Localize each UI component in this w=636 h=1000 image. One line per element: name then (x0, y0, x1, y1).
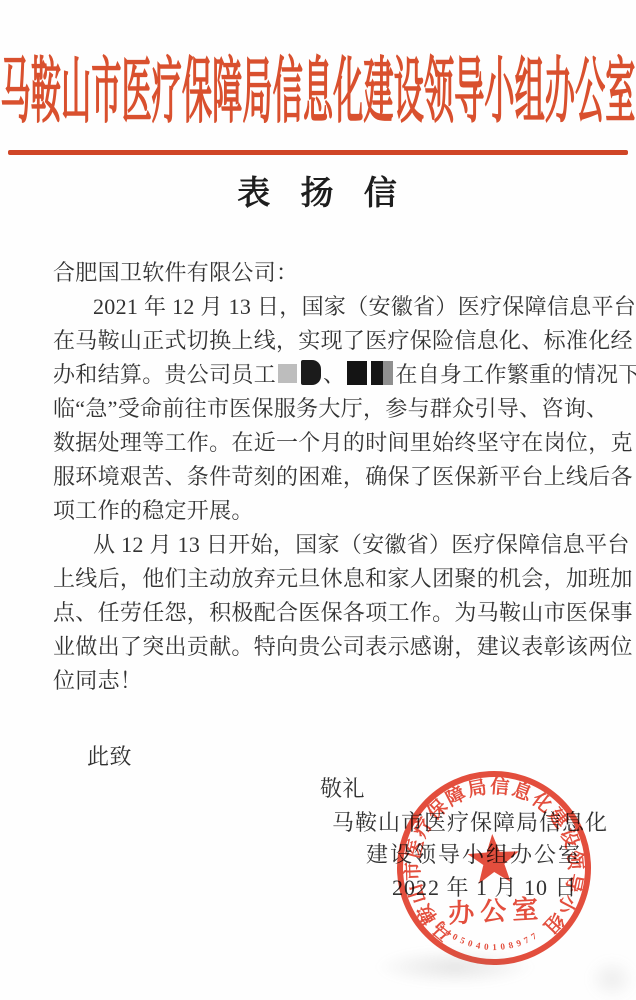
letterhead: 马鞍山市医疗保障局信息化建设领导小组办公室 (0, 46, 636, 138)
official-seal: 马鞍山市医疗保障局信息化建设领导小组 办公室 3405040108977 (389, 763, 599, 973)
seal-graphic: 马鞍山市医疗保障局信息化建设领导小组 办公室 3405040108977 (389, 763, 599, 973)
body-line: 项工作的稳定开展。 (53, 494, 598, 528)
seal-center-text: 办公室 (448, 894, 545, 928)
closing-respectfully: 此致 (87, 740, 132, 774)
redacted-name-block (347, 361, 367, 385)
body-line: 点、任劳任怨，积极配合医保各项工作。为马鞍山市医保事 (53, 596, 598, 630)
redacted-name-block (371, 361, 393, 385)
body-line: 数据处理等工作。在近一个月的时间里始终坚守在岗位，克 (53, 426, 598, 460)
star-icon (467, 833, 521, 884)
body-line: 上线后，他们主动放弃元旦休息和家人团聚的机会，加班加 (53, 562, 598, 596)
body-line: 2021 年 12 月 13 日，国家（安徽省）医疗保障信息平台 (53, 290, 598, 324)
body-line-redacted: 办和结算。贵公司员工、在自身工作繁重的情况下， (53, 358, 598, 392)
body-line: 位同志！ (53, 664, 598, 698)
header-divider-rule (8, 150, 628, 155)
letter-title: 表 扬 信 (0, 173, 636, 215)
scan-smudge (375, 948, 535, 986)
body-line: 在马鞍山正式切换上线，实现了医疗保险信息化、标准化经 (53, 324, 598, 358)
redacted-name-block (278, 364, 297, 383)
salutation-line: 合肥国卫软件有限公司： (53, 256, 598, 290)
letter-paper: 马鞍山市医疗保障局信息化建设领导小组办公室 表 扬 信 合肥国卫软件有限公司：2… (0, 0, 636, 1000)
body-line: 从 12 月 13 日开始，国家（安徽省）医疗保障信息平台 (53, 528, 598, 562)
scan-smudge (588, 958, 636, 1000)
body-line: 临“急”受命前往市医保服务大厅，参与群众引导、咨询、 (53, 392, 598, 426)
header-org-name: 马鞍山市医疗保障局信息化建设领导小组办公室 (0, 46, 635, 138)
letter-body: 合肥国卫软件有限公司：2021 年 12 月 13 日，国家（安徽省）医疗保障信… (53, 256, 598, 698)
closing-salute: 敬礼 (320, 772, 365, 806)
body-line: 业做出了突出贡献。特向贵公司表示感谢，建议表彰该两位 (53, 630, 598, 664)
body-line: 服环境艰苦、条件苛刻的困难，确保了医保新平台上线后各 (53, 460, 598, 494)
redacted-name-block (301, 360, 321, 385)
